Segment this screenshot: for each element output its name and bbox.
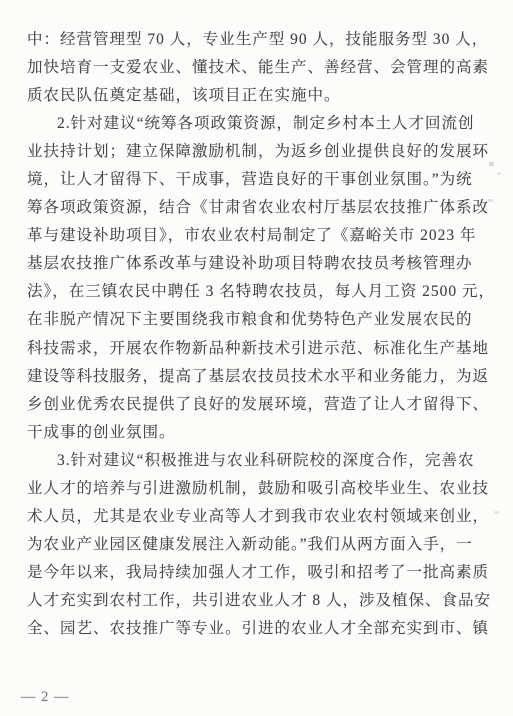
text-line: 筹各项政策资源，结合《甘肃省农业农村厅基层农技推广体系改: [27, 194, 497, 222]
text-line: 业人才的培养与引进激励机制，鼓励和吸引高校毕业生、农业技: [27, 475, 497, 503]
text-line: 在非脱产情况下主要围绕我市粮食和优势特色产业发展农民的: [27, 306, 497, 334]
text-line: 是今年以来，我局持续加强人才工作，吸引和招考了一批高素质: [27, 559, 497, 587]
text-line: 业扶持计划；建立保障激励机制，为返乡创业提供良好的发展环: [27, 138, 497, 166]
page-number: — 2 —: [21, 689, 70, 706]
text-line: 2.针对建议“统筹各项政策资源，制定乡村本土人才回流创: [27, 110, 497, 138]
text-line: 革与建设补助项目》，市农业农村局制定了《嘉峪关市 2023 年: [27, 222, 497, 250]
text-line: 境，让人才留得下、干成事，营造良好的干事创业氛围。”为统: [27, 166, 497, 194]
text-line: 全、园艺、农技推广等专业。引进的农业人才全部充实到市、镇: [27, 615, 497, 643]
text-line: 质农民队伍奠定基础，该项目正在实施中。: [27, 82, 497, 110]
text-line: 建设等科技服务，提高了基层农技员技术水平和业务能力，为返: [27, 363, 497, 391]
scanned-document-page: 中：经营管理型 70 人，专业生产型 90 人，技能服务型 30 人，加快培育一…: [0, 0, 513, 716]
text-line: 法》，在三镇农民中聘任 3 名特聘农技员，每人月工资 2500 元，: [27, 278, 497, 306]
text-line: 乡创业优秀农民提供了良好的发展环境，营造了让人才留得下、: [27, 391, 497, 419]
text-line: 中：经营管理型 70 人，专业生产型 90 人，技能服务型 30 人，: [27, 26, 497, 54]
scan-artifact: [497, 172, 501, 175]
text-line: 人才充实到农村工作，共引进农业人才 8 人，涉及植保、食品安: [27, 587, 497, 615]
text-line: 干成事的创业氛围。: [27, 419, 497, 447]
document-body: 中：经营管理型 70 人，专业生产型 90 人，技能服务型 30 人，加快培育一…: [27, 26, 497, 643]
text-line: 科技需求，开展农作物新品种新技术引进示范、标准化生产基地: [27, 335, 497, 363]
text-line: 为农业产业园区健康发展注入新动能。”我们从两方面入手，一: [27, 531, 497, 559]
text-line: 3.针对建议“积极推进与农业科研院校的深度合作，完善农: [27, 447, 497, 475]
scan-artifact: [494, 511, 499, 514]
text-line: 基层农技推广体系改革与建设补助项目特聘农技员考核管理办: [27, 250, 497, 278]
scan-artifact: [489, 162, 494, 166]
text-line: 加快培育一支爱农业、懂技术、能生产、善经营、会管理的高素: [27, 54, 497, 82]
text-line: 术人员，尤其是农业专业高等人才到我市农业农村领域来创业，: [27, 503, 497, 531]
scan-artifact: [488, 199, 493, 202]
